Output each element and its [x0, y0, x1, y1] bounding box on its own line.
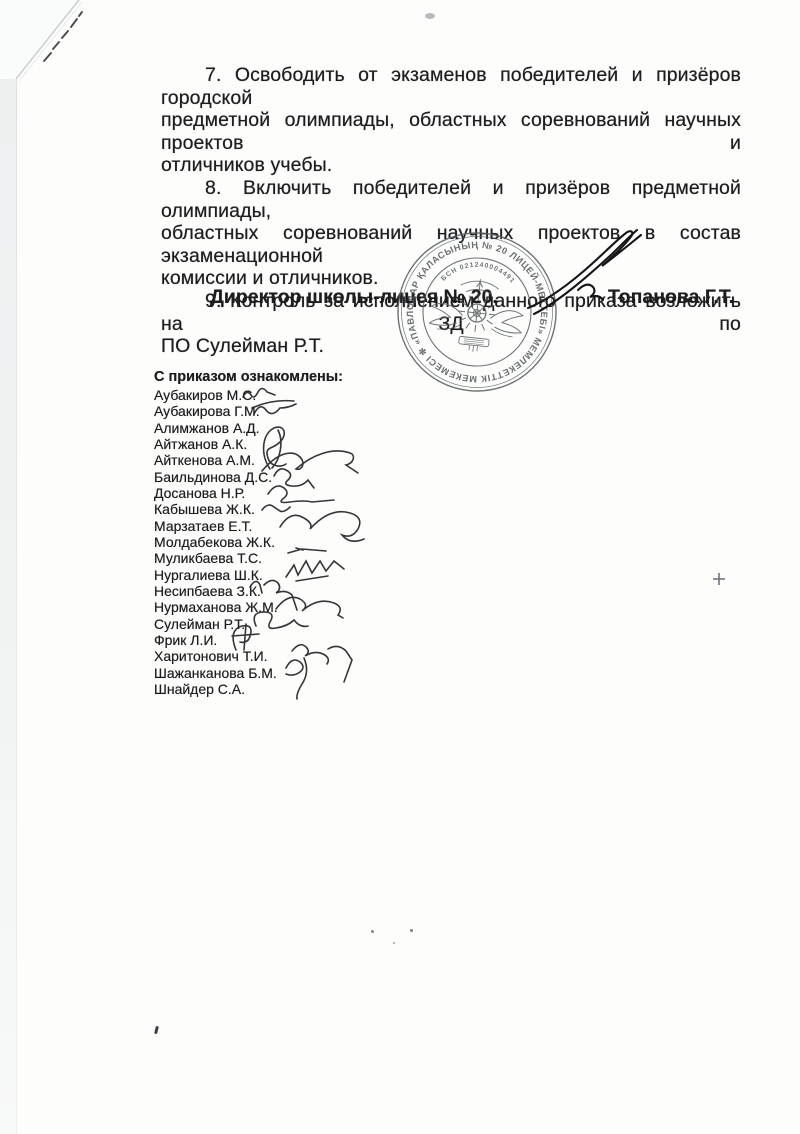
ack-name-item: Кабышева Ж.К. — [154, 501, 454, 517]
stray-pen-mark — [154, 1026, 159, 1034]
ack-name-item: Шажанканова Б.М. — [154, 665, 454, 681]
stamp-registration-text: БСН 021240004491 — [440, 258, 518, 290]
acknowledgement-heading: С приказом ознакомлены: — [154, 369, 454, 385]
ack-name-item: Баильдинова Д.С. — [154, 469, 454, 485]
acknowledgement-block: С приказом ознакомлены: Аубакиров М.С.Ау… — [154, 369, 454, 697]
ack-name-item: Аубакиров М.С. — [154, 387, 454, 403]
pencil-streak — [44, 12, 82, 61]
order-text-line: 8. Включить победителей и призёров предм… — [161, 177, 741, 222]
coat-of-arms — [427, 274, 526, 356]
stamp-bsn-text-holder: БСН 021240004491 — [440, 258, 518, 290]
scan-speck — [371, 930, 374, 933]
director-name: Топанова Г.Т. — [608, 286, 734, 309]
ack-name-item: Несипбаева З.К. — [154, 583, 454, 599]
order-text-line: отличников учебы. — [161, 154, 741, 177]
ack-name-item: Марзатаев Е.Т. — [154, 518, 454, 534]
ack-name-item: Шнайдер С.А. — [154, 681, 454, 697]
ack-name-item: Айтжанов А.К. — [154, 436, 454, 452]
corner-cut-shadow — [19, 2, 82, 81]
scan-speck — [393, 942, 395, 944]
ack-name-item: Молдабекова Ж.К. — [154, 534, 454, 550]
scanned-order-page: { "page": { "kind": "Сканированный прика… — [0, 0, 800, 1134]
page-left-edge — [16, 78, 17, 1134]
ack-name-item: Нурмаханова Ж.М. — [154, 599, 454, 615]
ack-name-item: Аубакирова Г.М. — [154, 403, 454, 419]
corner-cut-edge — [16, 0, 79, 79]
ack-name-item: Айткенова А.М. — [154, 452, 454, 468]
order-text-line: 7. Освободить от экзаменов победителей и… — [161, 64, 741, 109]
acknowledgement-list: Аубакиров М.С.Аубакирова Г.М.Алимжанов А… — [154, 387, 454, 698]
scan-edge-band — [0, 0, 16, 1134]
order-text-line: предметной олимпиады, областных соревнов… — [161, 109, 741, 154]
ack-name-item: Муликбаева Т.С. — [154, 550, 454, 566]
ack-name-item: Алимжанов А.Д. — [154, 420, 454, 436]
ack-name-item: Харитонович Т.И. — [154, 648, 454, 664]
ack-name-item: Нургалиева Ш.К. — [154, 567, 454, 583]
scan-speck — [410, 929, 413, 932]
ack-name-item: Сулейман Р.Т. — [154, 616, 454, 632]
ack-name-item: Досанова Н.Р. — [154, 485, 454, 501]
scan-speck — [425, 13, 435, 19]
plus-mark — [713, 573, 725, 585]
ack-name-item: Фрик Л.И. — [154, 632, 454, 648]
